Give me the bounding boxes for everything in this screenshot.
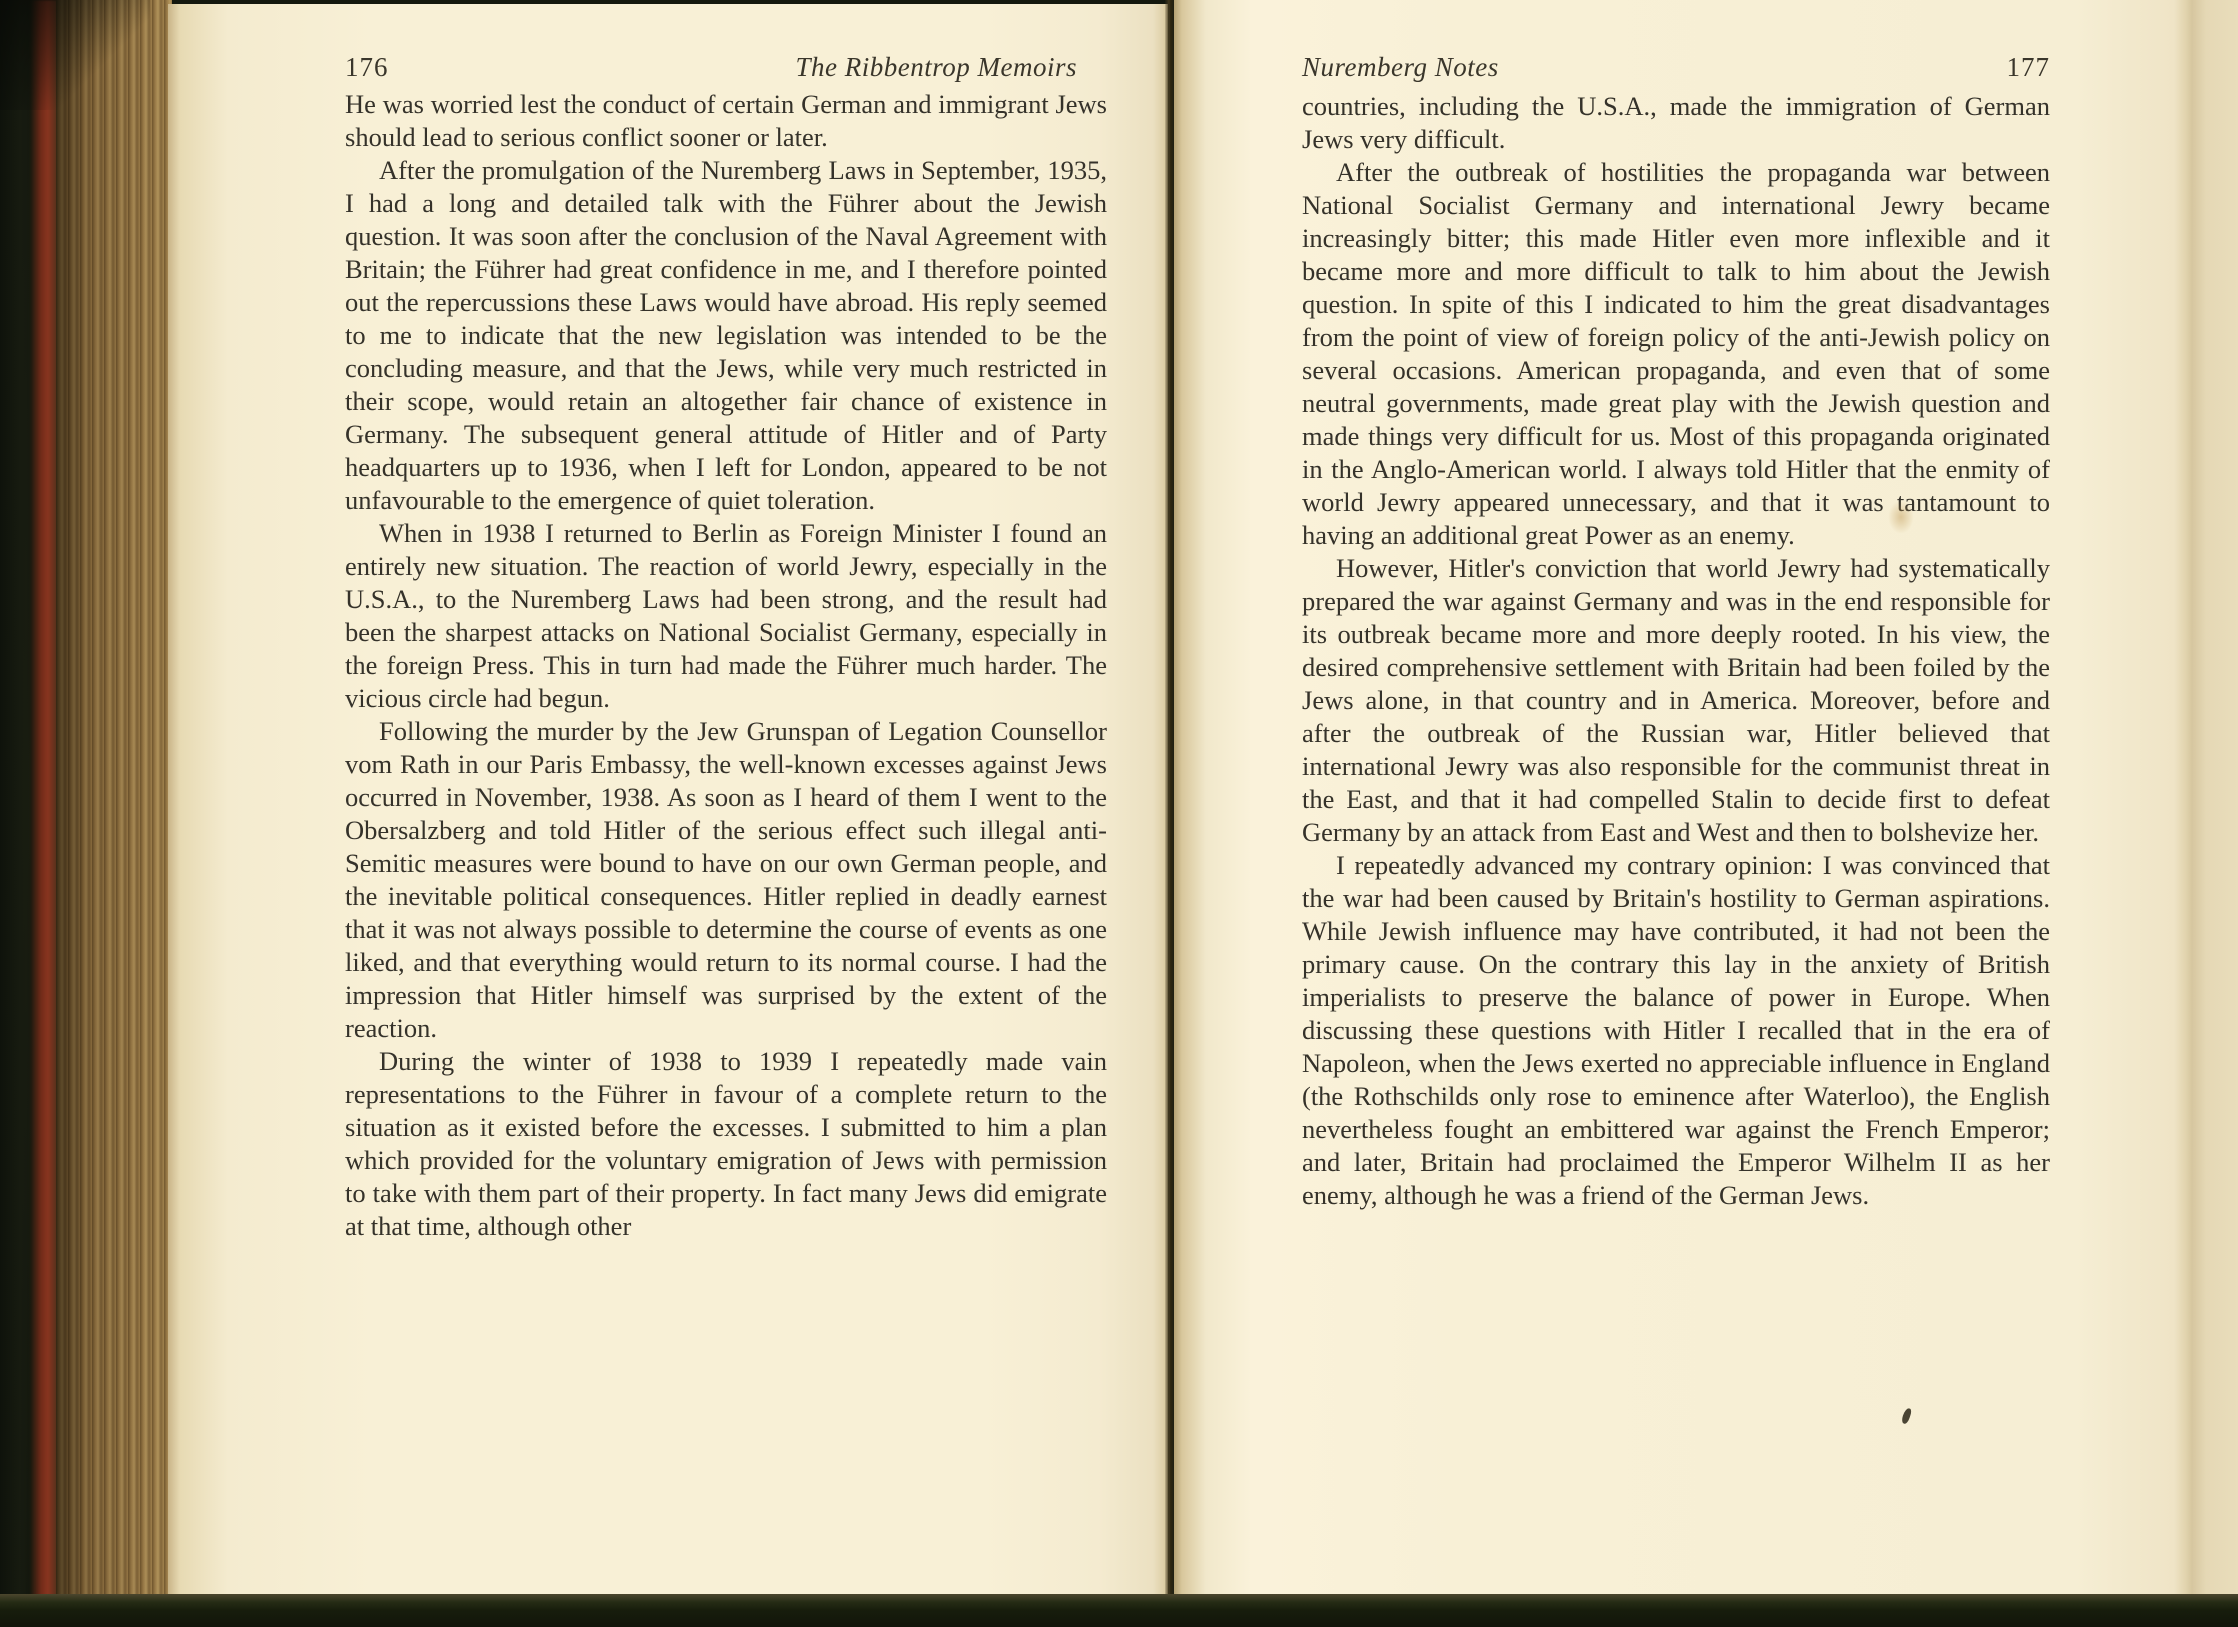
left-page-number: 176 <box>345 52 389 83</box>
stacked-page-edges <box>56 0 172 1627</box>
page-gutter <box>1165 0 1174 1627</box>
left-page: 176 The Ribbentrop Memoirs He was worrie… <box>168 4 1168 1600</box>
right-page-text: countries, including the U.S.A., made th… <box>1302 90 2050 1212</box>
paragraph: I repeatedly advanced my contrary opinio… <box>1302 849 2050 1212</box>
paragraph: After the outbreak of hostilities the pr… <box>1302 156 2050 552</box>
paragraph: During the winter of 1938 to 1939 I repe… <box>345 1045 1107 1243</box>
right-page-header: Nuremberg Notes 177 <box>1302 52 2050 83</box>
paragraph: He was worried lest the conduct of certa… <box>345 88 1107 154</box>
left-page-text: He was worried lest the conduct of certa… <box>345 88 1107 1243</box>
right-running-head: Nuremberg Notes <box>1302 52 1499 83</box>
scan-bottom-edge <box>0 1594 2238 1627</box>
paragraph: After the promulgation of the Nuremberg … <box>345 154 1107 517</box>
right-page-number: 177 <box>2007 52 2051 83</box>
paper-stain <box>1888 500 1914 534</box>
left-running-head: The Ribbentrop Memoirs <box>796 52 1077 83</box>
paragraph: countries, including the U.S.A., made th… <box>1302 90 2050 156</box>
left-page-header: 176 The Ribbentrop Memoirs <box>345 52 1107 83</box>
scan-corner-shadow <box>0 0 150 110</box>
paragraph: Following the murder by the Jew Grunspan… <box>345 715 1107 1045</box>
right-page: Nuremberg Notes 177 countries, including… <box>1174 0 2238 1607</box>
paragraph: When in 1938 I returned to Berlin as For… <box>345 517 1107 715</box>
paragraph: However, Hitler's conviction that world … <box>1302 552 2050 849</box>
